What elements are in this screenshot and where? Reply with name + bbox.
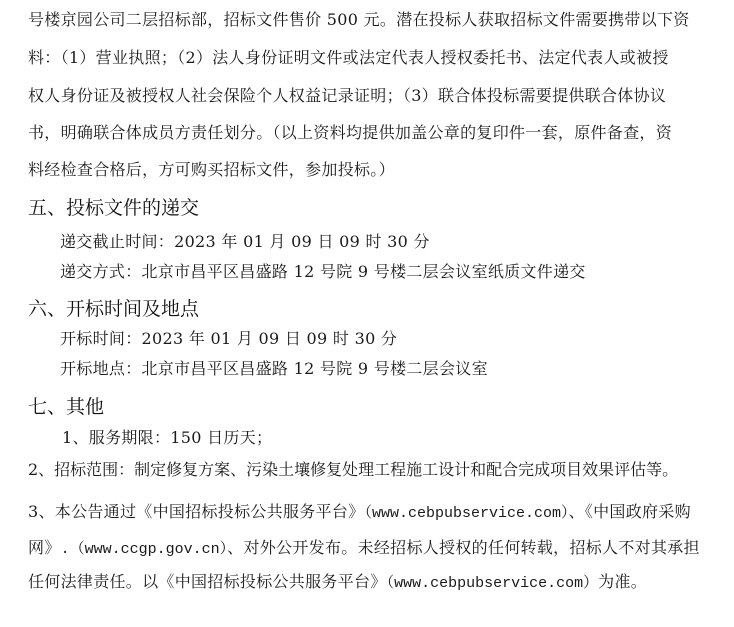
section-heading: 七、其他 <box>28 395 104 419</box>
bid-opening-location: 开标地点：北京市昌平区昌盛路 12 号院 9 号楼二层会议室 <box>60 359 488 379</box>
notice-text: 、《中国政府采购 <box>569 502 691 521</box>
paragraph-line: 号楼京园公司二层招标部，招标文件售价 500 元。潜在投标人获取招标文件需要携带… <box>28 10 690 30</box>
bid-opening-time: 开标时间：2023 年 01 月 09 日 09 时 30 分 <box>60 329 397 349</box>
paragraph-line: 书，明确联合体成员方责任划分。（以上资料均提供加盖公章的复印件一套，原件备查，资 <box>28 123 672 143</box>
notice-text: 任何法律责任。以《中国招标投标公共服务平台》 <box>28 572 387 591</box>
notice-text: 、对外公开发布。未经招标人授权的任何转载，招标人不对其承担 <box>227 538 700 557</box>
notice-text: 3、本公告通过《中国招标投标公共服务平台》 <box>28 502 364 521</box>
notice-text: 网》 <box>28 538 61 557</box>
paragraph-line: 料：（1）营业执照；（2）法人身份证明文件或法定代表人授权委托书、法定代表人或被… <box>28 48 669 68</box>
submission-deadline: 递交截止时间：2023 年 01 月 09 日 09 时 30 分 <box>60 232 430 252</box>
service-period-item: 1、服务期限：150 日历天； <box>62 428 272 448</box>
section-heading: 五、投标文件的递交 <box>28 196 199 220</box>
submission-method: 递交方式：北京市昌平区昌盛路 12 号院 9 号楼二层会议室纸质文件递交 <box>60 262 586 282</box>
notice-text: 为准。 <box>598 572 647 591</box>
section-heading: 六、开标时间及地点 <box>28 297 199 321</box>
platform-url-link: （www.cebpubservice.com） <box>387 575 599 592</box>
ccgp-url-link: .（www.ccgp.gov.cn） <box>61 541 228 558</box>
notice-line: 任何法律责任。以《中国招标投标公共服务平台》（www.cebpubservice… <box>28 572 647 594</box>
paragraph-line: 料经检查合格后，方可购买招标文件，参加投标。） <box>28 160 395 180</box>
paragraph-line: 权人身份证及被授权人社会保险个人权益记录证明；（3）联合体投标需要提供联合体协议 <box>28 86 666 106</box>
bid-scope-item: 2、招标范围：制定修复方案、污染土壤修复处理工程施工设计和配合完成项目效果评估等… <box>28 460 678 480</box>
notice-line: 网》.（www.ccgp.gov.cn）、对外公开发布。未经招标人授权的任何转载… <box>28 538 700 560</box>
platform-url-link: （www.cebpubservice.com） <box>364 505 568 522</box>
notice-line: 3、本公告通过《中国招标投标公共服务平台》（www.cebpubservice.… <box>28 502 691 524</box>
